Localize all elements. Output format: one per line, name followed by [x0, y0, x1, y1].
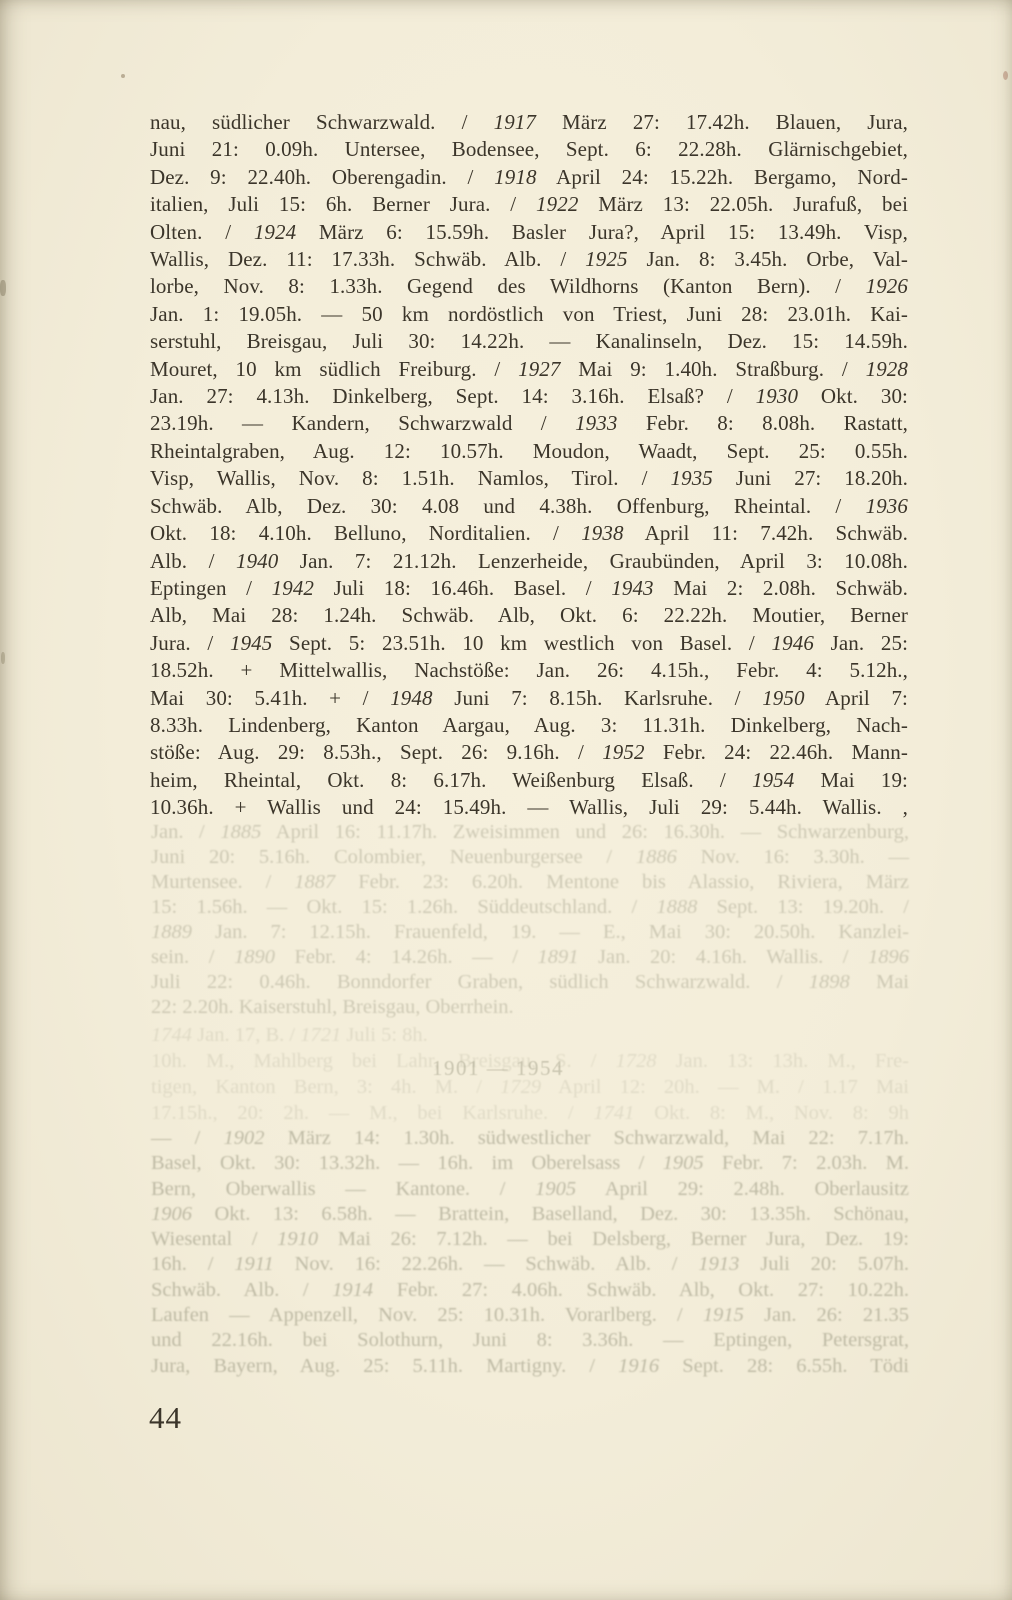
text-line: Jura. / 1945 Sept. 5: 23.51h. 10 km west… — [150, 630, 908, 657]
text-line: 18.52h. + Mittelwallis, Nachstöße: Jan. … — [150, 657, 908, 684]
text-line: Wallis, Dez. 11: 17.33h. Schwäb. Alb. / … — [150, 246, 908, 273]
page-number: 44 — [149, 1400, 182, 1436]
text-line: Wiesental / 1910 Mai 26: 7.12h. — bei De… — [151, 1227, 909, 1252]
text-line: Bern, Oberwallis — Kantone. / 1905 April… — [151, 1177, 909, 1202]
text-line: 1744 Jan. 17, B. / 1721 Juli 5: 8h. — [151, 1022, 909, 1048]
text-line: Jan. 27: 4.13h. Dinkelberg, Sept. 14: 3.… — [150, 383, 908, 410]
text-line: Visp, Wallis, Nov. 8: 1.51h. Namlos, Tir… — [150, 465, 908, 492]
text-line: lorbe, Nov. 8: 1.33h. Gegend des Wildhor… — [150, 273, 908, 300]
text-line: Juni 20: 5.16h. Colombier, Neuenburgerse… — [151, 845, 909, 870]
text-line: Jan. / 1885 April 16: 11.17h. Zweisimmen… — [151, 820, 909, 845]
text-line: Mai 30: 5.41h. + / 1948 Juni 7: 8.15h. K… — [150, 685, 908, 712]
text-line: 23.19h. — Kandern, Schwarzwald / 1933 Fe… — [150, 410, 908, 437]
text-line: stöße: Aug. 29: 8.53h., Sept. 26: 9.16h.… — [150, 739, 908, 766]
text-line: 1889 Jan. 7: 12.15h. Frauenfeld, 19. — E… — [151, 920, 909, 945]
text-line: Alb, Mai 28: 1.24h. Schwäb. Alb, Okt. 6:… — [150, 602, 908, 629]
text-line: Laufen — Appenzell, Nov. 25: 10.31h. Vor… — [151, 1303, 909, 1328]
bleedthrough-text-lower: — / 1902 März 14: 1.30h. südwestlicher S… — [151, 1126, 909, 1379]
text-line: Eptingen / 1942 Juli 18: 16.46h. Basel. … — [150, 575, 908, 602]
scan-edge-mark — [1, 652, 5, 664]
text-line: Jura, Bayern, Aug. 25: 5.11h. Martigny. … — [151, 1354, 909, 1379]
text-line: Jan. 1: 19.05h. — 50 km nordöstlich von … — [150, 301, 908, 328]
book-page: nau, südlicher Schwarzwald. / 1917 März … — [0, 0, 1012, 1600]
text-line: — / 1902 März 14: 1.30h. südwestlicher S… — [151, 1126, 909, 1151]
text-line: serstuhl, Breisgau, Juli 30: 14.22h. — K… — [150, 328, 908, 355]
main-paragraph: nau, südlicher Schwarzwald. / 1917 März … — [150, 109, 908, 822]
text-line: 16h. / 1911 Nov. 16: 22.26h. — Schwäb. A… — [151, 1252, 909, 1277]
text-line: Schwäb. Alb, Dez. 30: 4.08 und 4.38h. Of… — [150, 493, 908, 520]
scan-speck — [1003, 71, 1008, 80]
bleedthrough-text-upper: Jan. / 1885 April 16: 11.17h. Zweisimmen… — [151, 820, 909, 1020]
text-line: nau, südlicher Schwarzwald. / 1917 März … — [150, 109, 908, 136]
text-line: 22: 2.20h. Kaiserstuhl, Breisgau, Oberrh… — [151, 995, 909, 1020]
text-line: Juli 22: 0.46h. Bonndorfer Graben, südli… — [151, 970, 909, 995]
text-line: Rheintalgraben, Aug. 12: 10.57h. Moudon,… — [150, 438, 908, 465]
text-line: Alb. / 1940 Jan. 7: 21.12h. Lenzerheide,… — [150, 548, 908, 575]
text-line: sein. / 1890 Febr. 4: 14.26h. — / 1891 J… — [151, 945, 909, 970]
text-line: Olten. / 1924 März 6: 15.59h. Basler Jur… — [150, 219, 908, 246]
text-line: Dez. 9: 22.40h. Oberengadin. / 1918 Apri… — [150, 164, 908, 191]
text-line: und 22.16h. bei Solothurn, Juni 8: 3.36h… — [151, 1328, 909, 1353]
text-line: Juni 21: 0.09h. Untersee, Bodensee, Sept… — [150, 136, 908, 163]
text-line: Okt. 18: 4.10h. Belluno, Norditalien. / … — [150, 520, 908, 547]
text-line: 10.36h. + Wallis und 24: 15.49h. — Walli… — [150, 794, 908, 821]
text-line: Basel, Okt. 30: 13.32h. — 16h. im Oberel… — [151, 1151, 909, 1176]
bleedthrough-heading-fragment: 1901 — 1954 — [432, 1056, 564, 1081]
text-line: Murtensee. / 1887 Febr. 23: 6.20h. Mento… — [151, 870, 909, 895]
scan-edge-mark — [0, 280, 6, 296]
text-line: 1906 Okt. 13: 6.58h. — Brattein, Basella… — [151, 1202, 909, 1227]
text-line: 17.15h., 20: 2h. — M., bei Karlsruhe. / … — [151, 1100, 909, 1126]
text-line: italien, Juli 15: 6h. Berner Jura. / 192… — [150, 191, 908, 218]
text-line: 8.33h. Lindenberg, Kanton Aargau, Aug. 3… — [150, 712, 908, 739]
text-line: 15: 1.56h. — Okt. 15: 1.26h. Süddeutschl… — [151, 895, 909, 920]
text-line: Mouret, 10 km südlich Freiburg. / 1927 M… — [150, 356, 908, 383]
text-line: heim, Rheintal, Okt. 8: 6.17h. Weißenbur… — [150, 767, 908, 794]
scan-speck — [121, 74, 125, 78]
text-line: Schwäb. Alb. / 1914 Febr. 27: 4.06h. Sch… — [151, 1278, 909, 1303]
